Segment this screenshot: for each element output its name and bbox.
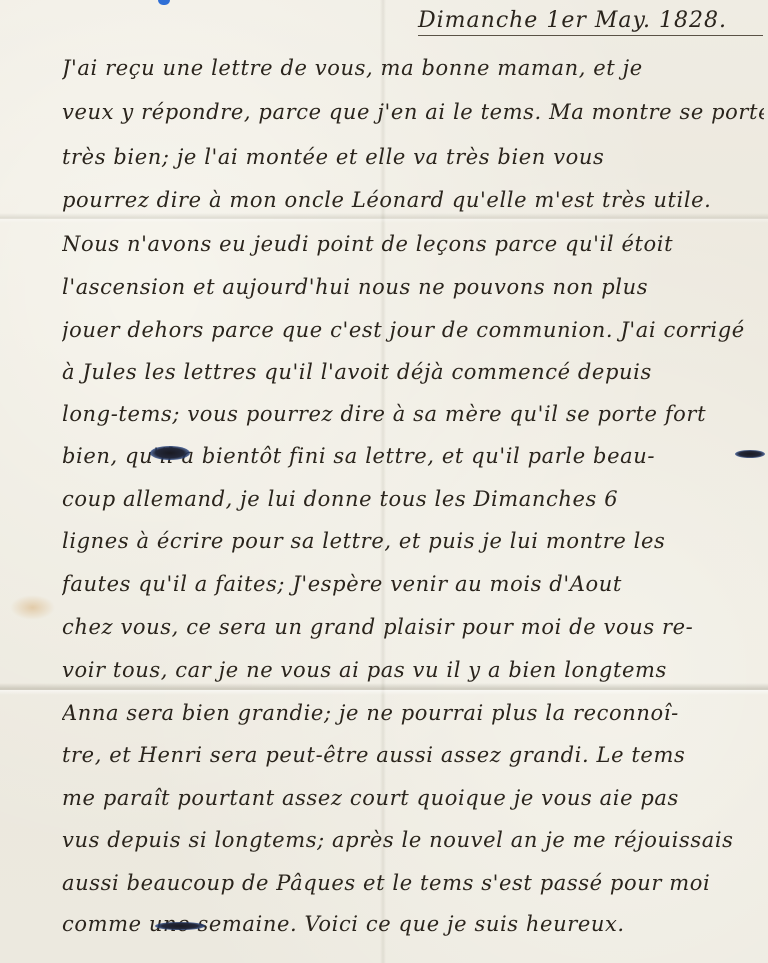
letter-body: J'ai reçu une lettre de vous, ma bonne m…: [0, 0, 768, 963]
letter-line: lignes à écrire pour sa lettre, et puis …: [62, 529, 764, 553]
letter-line: pourrez dire à mon oncle Léonard qu'elle…: [62, 188, 764, 212]
letter-line: très bien; je l'ai montée et elle va trè…: [62, 145, 764, 169]
letter-line: à Jules les lettres qu'il l'avoit déjà c…: [62, 360, 764, 384]
letter-page: Dimanche 1er May. 1828. J'ai reçu une le…: [0, 0, 768, 963]
letter-line: me paraît pourtant assez court quoique j…: [62, 786, 764, 810]
letter-line: chez vous, ce sera un grand plaisir pour…: [62, 615, 764, 639]
letter-line: J'ai reçu une lettre de vous, ma bonne m…: [62, 56, 764, 80]
letter-line: Nous n'avons eu jeudi point de leçons pa…: [62, 232, 764, 256]
letter-line: Anna sera bien grandie; je ne pourrai pl…: [62, 701, 764, 725]
ink-blot: [155, 922, 205, 930]
letter-line: fautes qu'il a faites; J'espère venir au…: [62, 572, 764, 596]
letter-line: tre, et Henri sera peut-être aussi assez…: [62, 743, 764, 767]
letter-line: long-tems; vous pourrez dire à sa mère q…: [62, 402, 764, 426]
letter-line: voir tous, car je ne vous ai pas vu il y…: [62, 658, 764, 682]
letter-line: jouer dehors parce que c'est jour de com…: [62, 318, 764, 342]
letter-line: aussi beaucoup de Pâques et le tems s'es…: [62, 871, 764, 895]
letter-line: vus depuis si longtems; après le nouvel …: [62, 828, 764, 852]
letter-line: veux y répondre, parce que j'en ai le te…: [62, 100, 764, 124]
letter-line: coup allemand, je lui donne tous les Dim…: [62, 487, 764, 511]
letter-line: l'ascension et aujourd'hui nous ne pouvo…: [62, 275, 764, 299]
ink-blot: [150, 446, 190, 460]
ink-blot: [735, 450, 765, 458]
